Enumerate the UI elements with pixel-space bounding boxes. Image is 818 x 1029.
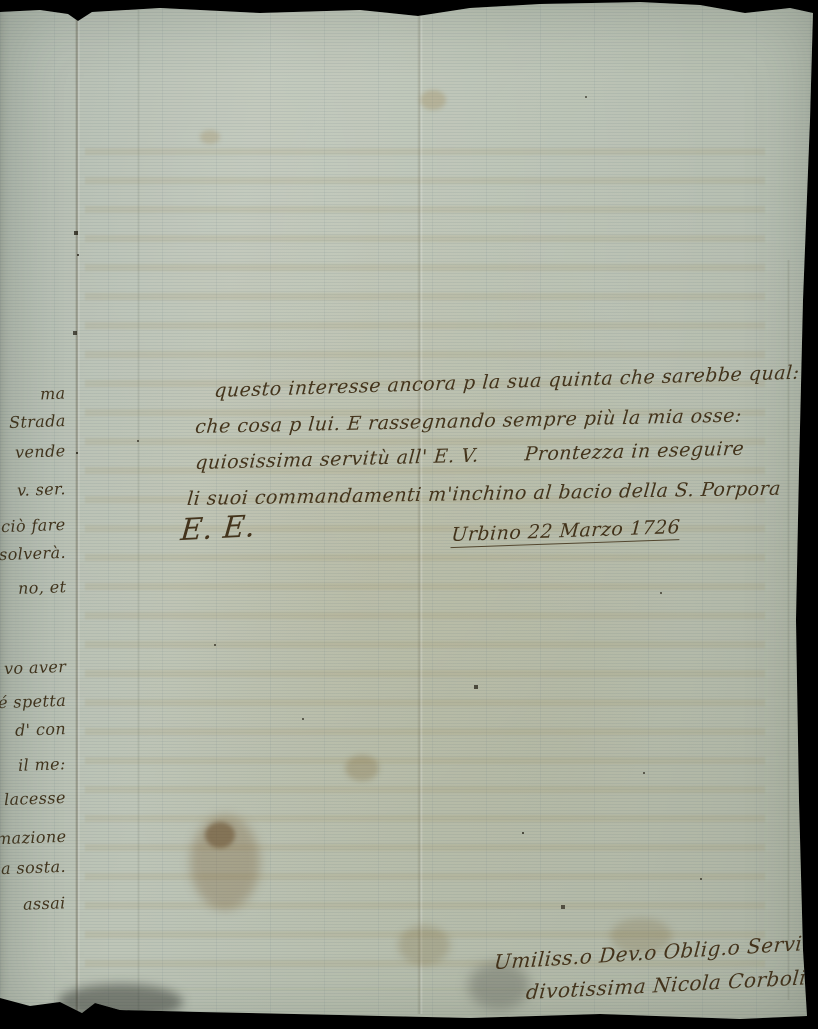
edge-vignette: [0, 0, 818, 1029]
manuscript-scan: ma Strada vende v. ser. ciò fare solverà…: [0, 0, 818, 1029]
ink-specks: [0, 0, 2, 2]
letter-page: ma Strada vende v. ser. ciò fare solverà…: [0, 0, 818, 1029]
